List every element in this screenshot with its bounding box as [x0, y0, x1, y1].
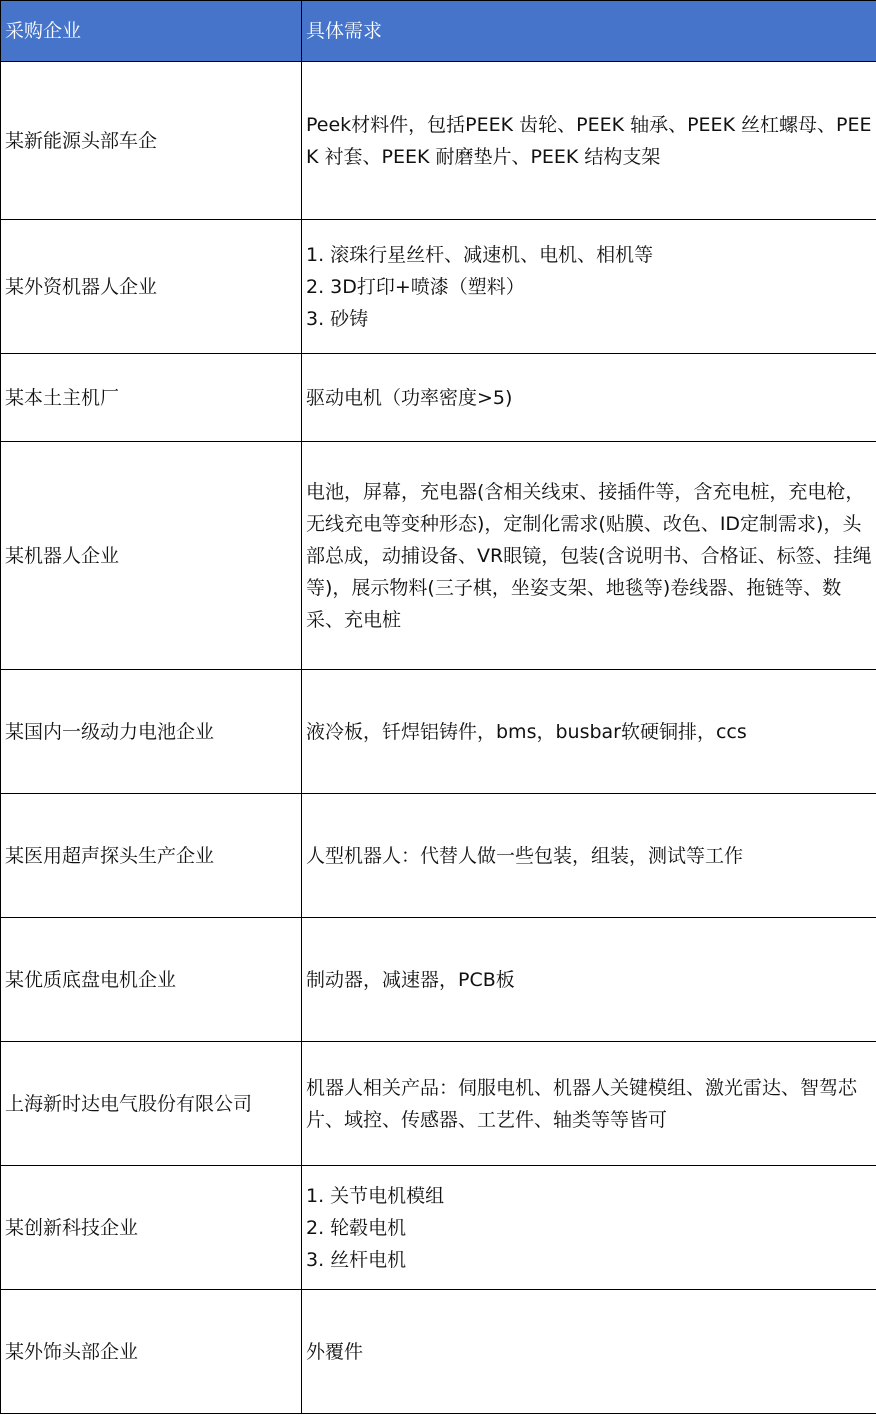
needs-line: 液冷板，钎焊铝铸件，bms，busbar软硬铜排，ccs: [306, 716, 872, 748]
needs-cell: 1. 关节电机模组2. 轮毂电机3. 丝杆电机: [302, 1166, 876, 1290]
needs-line: 外覆件: [306, 1336, 872, 1368]
table-row: 某医用超声探头生产企业人型机器人：代替人做一些包装，组装，测试等工作: [1, 794, 876, 918]
needs-line: 3. 丝杆电机: [306, 1244, 872, 1276]
needs-line: 2. 3D打印+喷漆（塑料）: [306, 271, 872, 303]
table-row: 某国内一级动力电池企业液冷板，钎焊铝铸件，bms，busbar软硬铜排，ccs: [1, 670, 876, 794]
needs-line: 1. 滚珠行星丝杆、减速机、电机、相机等: [306, 239, 872, 271]
company-cell: 某新能源头部车企: [1, 62, 302, 220]
table-row: 某优质底盘电机企业制动器，减速器，PCB板: [1, 918, 876, 1042]
needs-cell: 人型机器人：代替人做一些包装，组装，测试等工作: [302, 794, 876, 918]
needs-line: Peek材料件，包括PEEK 齿轮、PEEK 轴承、PEEK 丝杠螺母、PEEK…: [306, 109, 872, 173]
table-row: 某外饰头部企业外覆件: [1, 1290, 876, 1414]
needs-cell: Peek材料件，包括PEEK 齿轮、PEEK 轴承、PEEK 丝杠螺母、PEEK…: [302, 62, 876, 220]
table-row: 某机器人企业电池，屏幕，充电器(含相关线束、接插件等，含充电桩，充电枪，无线充电…: [1, 442, 876, 670]
needs-cell: 1. 滚珠行星丝杆、减速机、电机、相机等2. 3D打印+喷漆（塑料）3. 砂铸: [302, 220, 876, 354]
company-cell: 某创新科技企业: [1, 1166, 302, 1290]
company-cell: 上海新时达电气股份有限公司: [1, 1042, 302, 1166]
column-header-needs: 具体需求: [302, 1, 876, 62]
company-cell: 某本土主机厂: [1, 354, 302, 442]
needs-line: 驱动电机（功率密度>5): [306, 382, 872, 414]
procurement-table: 采购企业 具体需求 某新能源头部车企Peek材料件，包括PEEK 齿轮、PEEK…: [0, 0, 876, 1414]
needs-line: 人型机器人：代替人做一些包装，组装，测试等工作: [306, 840, 872, 872]
table-row: 某本土主机厂驱动电机（功率密度>5): [1, 354, 876, 442]
needs-cell: 液冷板，钎焊铝铸件，bms，busbar软硬铜排，ccs: [302, 670, 876, 794]
table-body: 某新能源头部车企Peek材料件，包括PEEK 齿轮、PEEK 轴承、PEEK 丝…: [1, 62, 876, 1414]
needs-line: 机器人相关产品：伺服电机、机器人关键模组、激光雷达、智驾芯片、域控、传感器、工艺…: [306, 1072, 872, 1136]
company-cell: 某外饰头部企业: [1, 1290, 302, 1414]
column-header-company: 采购企业: [1, 1, 302, 62]
company-cell: 某机器人企业: [1, 442, 302, 670]
needs-line: 电池，屏幕，充电器(含相关线束、接插件等，含充电桩，充电枪，无线充电等变种形态)…: [306, 476, 872, 636]
company-cell: 某医用超声探头生产企业: [1, 794, 302, 918]
company-cell: 某国内一级动力电池企业: [1, 670, 302, 794]
needs-cell: 机器人相关产品：伺服电机、机器人关键模组、激光雷达、智驾芯片、域控、传感器、工艺…: [302, 1042, 876, 1166]
needs-line: 制动器，减速器，PCB板: [306, 964, 872, 996]
needs-line: 1. 关节电机模组: [306, 1180, 872, 1212]
needs-cell: 驱动电机（功率密度>5): [302, 354, 876, 442]
company-cell: 某外资机器人企业: [1, 220, 302, 354]
table-row: 上海新时达电气股份有限公司机器人相关产品：伺服电机、机器人关键模组、激光雷达、智…: [1, 1042, 876, 1166]
needs-cell: 制动器，减速器，PCB板: [302, 918, 876, 1042]
needs-line: 3. 砂铸: [306, 303, 872, 335]
company-cell: 某优质底盘电机企业: [1, 918, 302, 1042]
table-row: 某新能源头部车企Peek材料件，包括PEEK 齿轮、PEEK 轴承、PEEK 丝…: [1, 62, 876, 220]
needs-cell: 电池，屏幕，充电器(含相关线束、接插件等，含充电桩，充电枪，无线充电等变种形态)…: [302, 442, 876, 670]
table-row: 某创新科技企业1. 关节电机模组2. 轮毂电机3. 丝杆电机: [1, 1166, 876, 1290]
needs-line: 2. 轮毂电机: [306, 1212, 872, 1244]
table-row: 某外资机器人企业1. 滚珠行星丝杆、减速机、电机、相机等2. 3D打印+喷漆（塑…: [1, 220, 876, 354]
needs-cell: 外覆件: [302, 1290, 876, 1414]
header-row: 采购企业 具体需求: [1, 1, 876, 62]
